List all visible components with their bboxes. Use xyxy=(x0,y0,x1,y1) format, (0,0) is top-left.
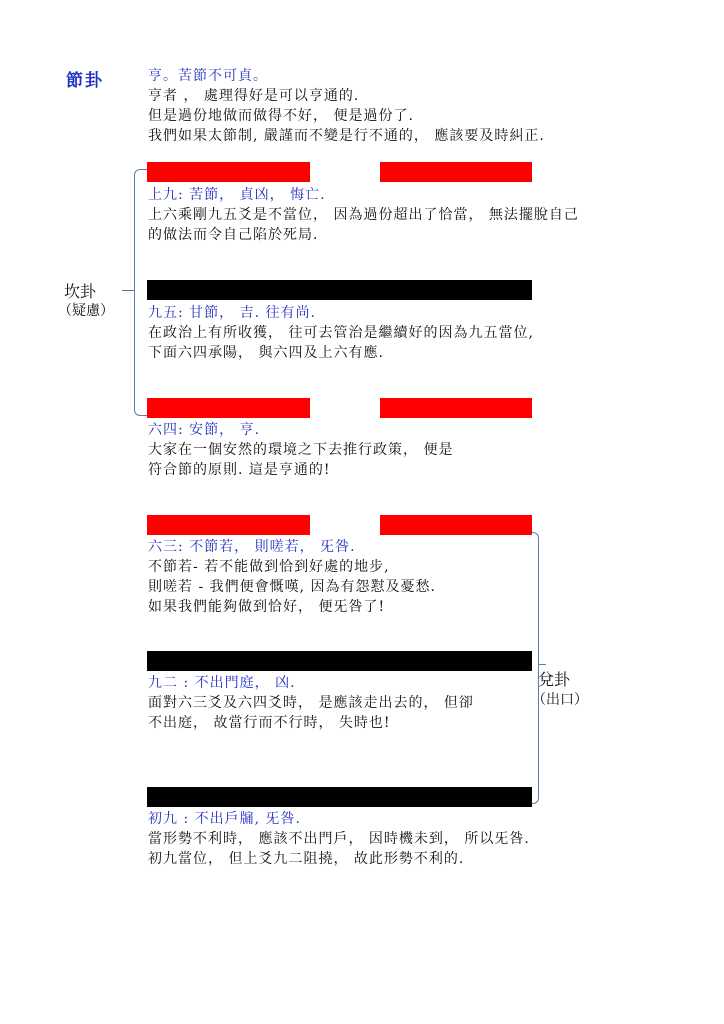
yang-line xyxy=(147,787,532,807)
line-text: 面對六三爻及六四爻時， 是應該走出去的， 但卻 xyxy=(148,693,474,713)
lower-trigram-name: 兌卦 xyxy=(538,670,570,690)
hexagram-title: 節卦 xyxy=(66,66,104,91)
upper-trigram-bracket xyxy=(134,169,147,416)
yin-line-segment xyxy=(380,398,532,418)
line-heading: 六三: 不節若， 則嗟若， 旡咎. xyxy=(148,537,356,557)
yin-line-segment xyxy=(147,398,310,418)
yang-line xyxy=(147,280,532,300)
yang-line xyxy=(147,651,532,671)
bracket-tip xyxy=(122,290,134,291)
line-text: 在政治上有所收獲， 往可去管治是繼續好的因為九五當位, xyxy=(148,323,534,343)
line-text: 不節若- 若不能做到恰到好處的地步, xyxy=(148,557,390,577)
line-text: 當形勢不利時， 應該不出門戶， 因時機未到， 所以旡咎. xyxy=(148,829,530,849)
line-heading: 上九: 苦節， 貞凶， 悔亡. xyxy=(148,185,326,205)
yin-line-segment xyxy=(380,162,532,182)
lower-trigram-meaning: （出口） xyxy=(532,691,588,709)
line-text: 的做法而令自己陷於死局. xyxy=(148,225,318,245)
line-text: 大家在一個安然的環境之下去推行政策， 便是 xyxy=(148,440,453,460)
line-heading: 初九 : 不出戶牖, 旡咎. xyxy=(148,809,301,829)
yin-line-segment xyxy=(380,515,532,535)
yin-line-segment xyxy=(147,162,310,182)
intro-heading: 亨。苦節不可貞。 xyxy=(148,66,268,86)
bracket-tip xyxy=(538,664,546,665)
intro-line: 亨者 ， 處理得好是可以亨通的. xyxy=(148,86,359,106)
line-text: 則嗟若 - 我們便會慨嘆, 因為有怨懟及憂愁. xyxy=(148,577,436,597)
line-text: 符合節的原則. 這是亨通的! xyxy=(148,460,331,480)
line-heading: 九二 : 不出門庭， 凶. xyxy=(148,673,296,693)
yin-line-segment xyxy=(147,515,310,535)
upper-trigram-name: 坎卦 xyxy=(64,282,96,302)
line-text: 初九當位， 但上爻九二阻撓， 故此形勢不利的. xyxy=(148,849,464,869)
line-heading: 六四: 安節， 亨. xyxy=(148,420,260,440)
line-text: 不出庭， 故當行而不行時， 失時也! xyxy=(148,713,391,733)
intro-line: 我們如果太節制, 嚴謹而不變是行不通的， 應該要及時糾正. xyxy=(148,126,545,146)
upper-trigram-meaning: （疑慮） xyxy=(58,302,114,320)
line-heading: 九五: 甘節， 吉. 往有尚. xyxy=(148,303,316,323)
line-text: 上六乘剛九五爻是不當位， 因為過份超出了恰當， 無法擺脫自己 xyxy=(148,205,579,225)
line-text: 如果我們能夠做到恰好， 便旡咎了! xyxy=(148,597,385,617)
intro-line: 但是過份地做而做得不好， 便是過份了. xyxy=(148,106,414,126)
line-text: 下面六四承陽， 與六四及上六有應. xyxy=(148,343,384,363)
